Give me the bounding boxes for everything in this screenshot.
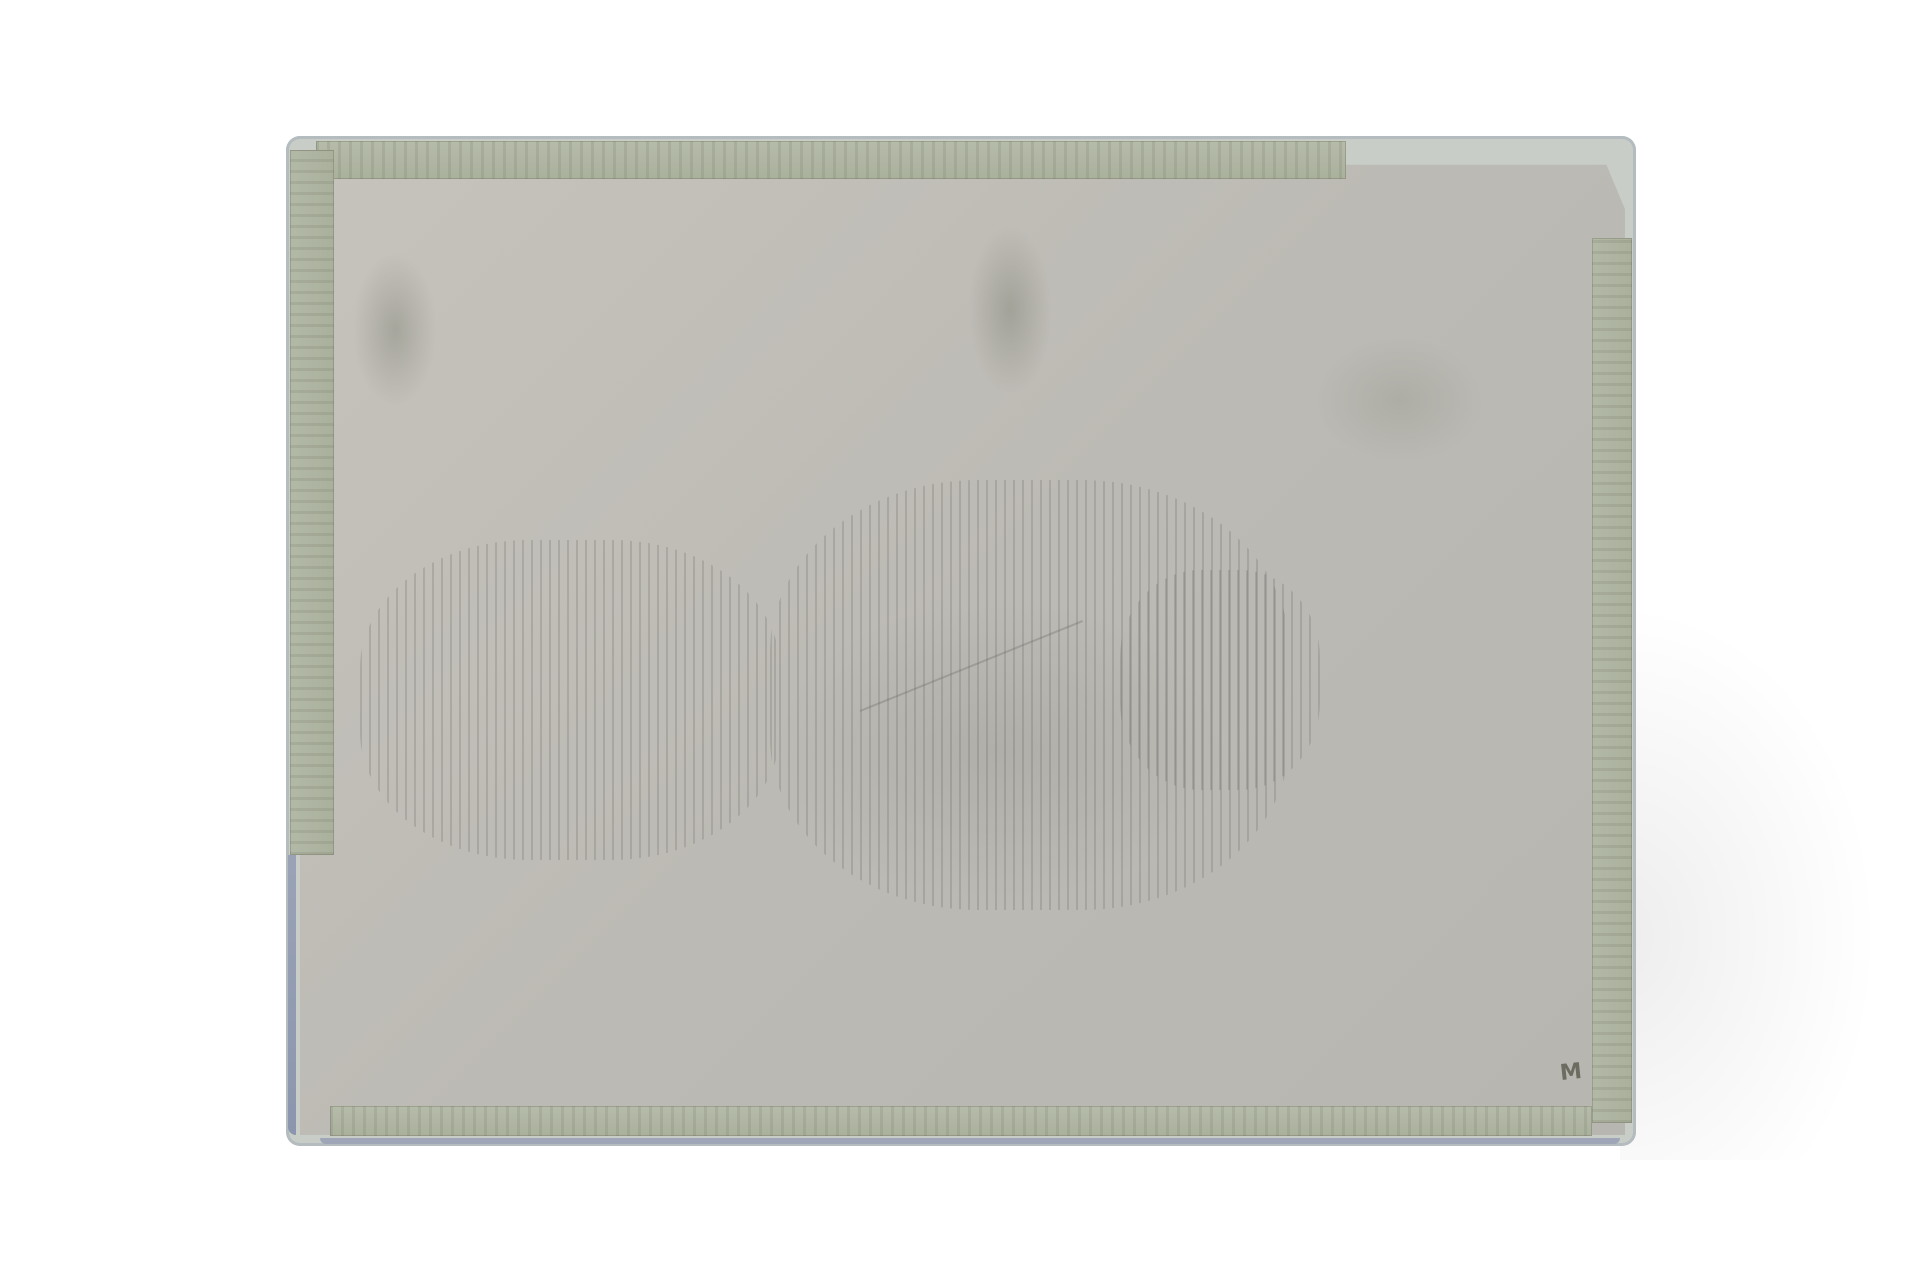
- pencil-smudge: [360, 540, 780, 860]
- cast-shadow: [1620, 600, 1880, 1160]
- glass-bottom-edge: [320, 1138, 1620, 1144]
- photo-scene: M: [0, 0, 1920, 1280]
- pencil-smudge: [1120, 570, 1320, 790]
- corner-mark: M: [1559, 1059, 1583, 1086]
- glass-left-edge: [288, 855, 296, 1135]
- tape-strip-right: [1592, 238, 1632, 1123]
- tape-strip-left: [290, 150, 334, 855]
- cardboard-backing: [300, 150, 1625, 1135]
- tape-strip-bottom: [330, 1106, 1592, 1136]
- tape-strip-top: [316, 141, 1346, 179]
